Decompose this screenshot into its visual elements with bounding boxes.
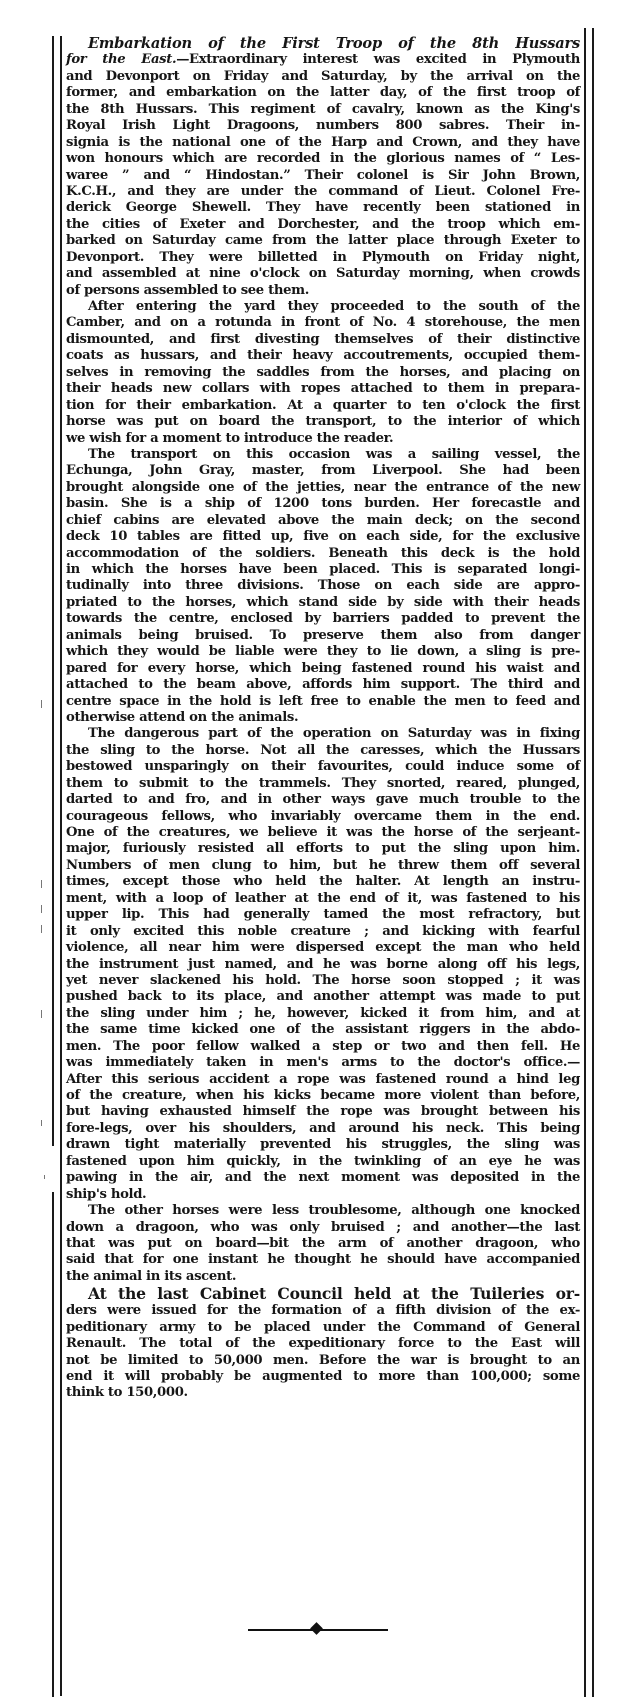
article-line: K.C.H., and they are under the command o… — [66, 184, 580, 200]
article-line: former, and embarkation on the latter da… — [66, 85, 580, 101]
article-line: priated to the horses, which stand side … — [66, 595, 580, 611]
article-line: centre space in the hold is left free to… — [66, 694, 580, 710]
article-line: brought alongside one of the jetties, ne… — [66, 480, 580, 496]
article-line: The other horses were less troublesome, … — [66, 1203, 580, 1219]
right-border-outer — [592, 28, 594, 1697]
article-line: the animal in its ascent. — [66, 1269, 580, 1285]
article-line: which they would be liable were they to … — [66, 644, 580, 660]
article-line: attached to the beam above, affords him … — [66, 677, 580, 693]
separator-diamond-icon — [310, 1622, 323, 1635]
article-line: but having exhausted himself the rope wa… — [66, 1104, 580, 1120]
article-line: The transport on this occasion was a sai… — [66, 447, 580, 463]
article-line: waree ” and “ Hindostan.” Their colonel … — [66, 168, 580, 184]
second-item-line: ders were issued for the formation of a … — [66, 1303, 580, 1319]
article-line: darted to and fro, and in other ways gav… — [66, 792, 580, 808]
article-line: deck 10 tables are fitted up, five on ea… — [66, 529, 580, 545]
newspaper-column-page: Embarkation of the First Troop of the 8t… — [0, 0, 628, 1697]
article-line: After entering the yard they proceeded t… — [66, 299, 580, 315]
article-line: fore-legs, over his shoulders, and aroun… — [66, 1121, 580, 1137]
article-line: One of the creatures, we believe it was … — [66, 825, 580, 841]
article-line: coats as hussars, and their heavy accout… — [66, 348, 580, 364]
article-line: for the East.—Extraordinary interest was… — [66, 52, 580, 68]
article-line: barked on Saturday came from the latter … — [66, 233, 580, 249]
article-line: down a dragoon, who was only bruised ; a… — [66, 1220, 580, 1236]
article-line: pared for every horse, which being faste… — [66, 661, 580, 677]
article-line: bestowed unsparingly on their favourites… — [66, 759, 580, 775]
article-line: chief cabins are elevated above the main… — [66, 513, 580, 529]
article-line: was immediately taken in men's arms to t… — [66, 1055, 580, 1071]
article-line: pawing in the air, and the next moment w… — [66, 1170, 580, 1186]
left-border-outer — [52, 36, 54, 1146]
article-line: The dangerous part of the operation on S… — [66, 726, 580, 742]
article-line: violence, all near him were dispersed ex… — [66, 940, 580, 956]
article-line: ship's hold. — [66, 1187, 580, 1203]
article-line: towards the centre, enclosed by barriers… — [66, 611, 580, 627]
article-line: Camber, and on a rotunda in front of No.… — [66, 315, 580, 331]
margin-mark — [41, 925, 42, 933]
article-line: and assembled at nine o'clock on Saturda… — [66, 266, 580, 282]
article-line: the cities of Exeter and Dorchester, and… — [66, 217, 580, 233]
article-line: Echunga, John Gray, master, from Liverpo… — [66, 463, 580, 479]
article-line: of the creature, when his kicks became m… — [66, 1088, 580, 1104]
article-line: the sling to the horse. Not all the care… — [66, 743, 580, 759]
second-item-line: think to 150,000. — [66, 1385, 580, 1401]
article-line: of persons assembled to see them. — [66, 283, 580, 299]
second-item-line: Renault. The total of the expeditionary … — [66, 1336, 580, 1352]
article-line: that was put on board—bit the arm of ano… — [66, 1236, 580, 1252]
margin-mark — [41, 905, 42, 913]
article-line: After this serious accident a rope was f… — [66, 1072, 580, 1088]
article-line: major, furiously resisted all efforts to… — [66, 841, 580, 857]
article-line: derick George Shewell. They have recentl… — [66, 200, 580, 216]
article-line: dismounted, and first divesting themselv… — [66, 332, 580, 348]
article-line: basin. She is a ship of 1200 tons burden… — [66, 496, 580, 512]
article-line: we wish for a moment to introduce the re… — [66, 431, 580, 447]
article-line: the sling under him ; he, however, kicke… — [66, 1006, 580, 1022]
article-line: Numbers of men clung to him, but he thre… — [66, 858, 580, 874]
article-line: won honours which are recorded in the gl… — [66, 151, 580, 167]
article-line: fastened upon him quickly, in the twinkl… — [66, 1154, 580, 1170]
article-line: accommodation of the soldiers. Beneath t… — [66, 546, 580, 562]
second-item-line: peditionary army to be placed under the … — [66, 1320, 580, 1336]
article-line: the 8th Hussars. This regiment of cavalr… — [66, 102, 580, 118]
article-line: them to submit to the trammels. They sno… — [66, 776, 580, 792]
article-line: yet never slackened his hold. The horse … — [66, 973, 580, 989]
second-item-line: not be limited to 50,000 men. Before the… — [66, 1353, 580, 1369]
margin-mark — [41, 1010, 42, 1018]
article-line: pushed back to its place, and another at… — [66, 989, 580, 1005]
article-line: tudinally into three divisions. Those on… — [66, 578, 580, 594]
article-line: horse was put on board the transport, to… — [66, 414, 580, 430]
article-line: times, except those who held the halter.… — [66, 874, 580, 890]
margin-mark — [44, 1175, 45, 1179]
article-heading: Embarkation of the First Troop of the 8t… — [66, 36, 580, 52]
right-border-inner — [584, 28, 586, 1697]
article-line: in which the horses have been placed. Th… — [66, 562, 580, 578]
margin-mark — [41, 1120, 42, 1126]
article-line: men. The poor fellow walked a step or tw… — [66, 1039, 580, 1055]
article-line: and Devonport on Friday and Saturday, by… — [66, 69, 580, 85]
article-line: tion for their embarkation. At a quarter… — [66, 398, 580, 414]
article-line: signia is the national one of the Harp a… — [66, 135, 580, 151]
article-line: animals being bruised. To preserve them … — [66, 628, 580, 644]
article-line: courageous fellows, who invariably overc… — [66, 809, 580, 825]
article-line: the instrument just named, and he was bo… — [66, 957, 580, 973]
article-line: otherwise attend on the animals. — [66, 710, 580, 726]
article-line: Devonport. They were billetted in Plymou… — [66, 250, 580, 266]
article-line: upper lip. This had generally tamed the … — [66, 907, 580, 923]
article-line: Royal Irish Light Dragoons, numbers 800 … — [66, 118, 580, 134]
article-column: Embarkation of the First Troop of the 8t… — [66, 36, 580, 1402]
margin-mark — [41, 880, 42, 888]
article-line: ment, with a loop of leather at the end … — [66, 891, 580, 907]
left-border-inner — [60, 36, 62, 1696]
second-item-lead-line: At the last Cabinet Council held at the … — [66, 1285, 580, 1303]
article-line: the same time kicked one of the assistan… — [66, 1022, 580, 1038]
article-line: their heads new collars with ropes attac… — [66, 381, 580, 397]
margin-mark — [41, 700, 42, 708]
article-line: selves in removing the saddles from the … — [66, 365, 580, 381]
second-item-line: end it will probably be augmented to mor… — [66, 1369, 580, 1385]
left-border-outer-lower — [52, 1192, 54, 1697]
article-heading-continuation: for the East. — [66, 52, 176, 67]
article-line: said that for one instant he thought he … — [66, 1252, 580, 1268]
article-line: drawn tight materially prevented his str… — [66, 1137, 580, 1153]
article-line: it only excited this noble creature ; an… — [66, 924, 580, 940]
